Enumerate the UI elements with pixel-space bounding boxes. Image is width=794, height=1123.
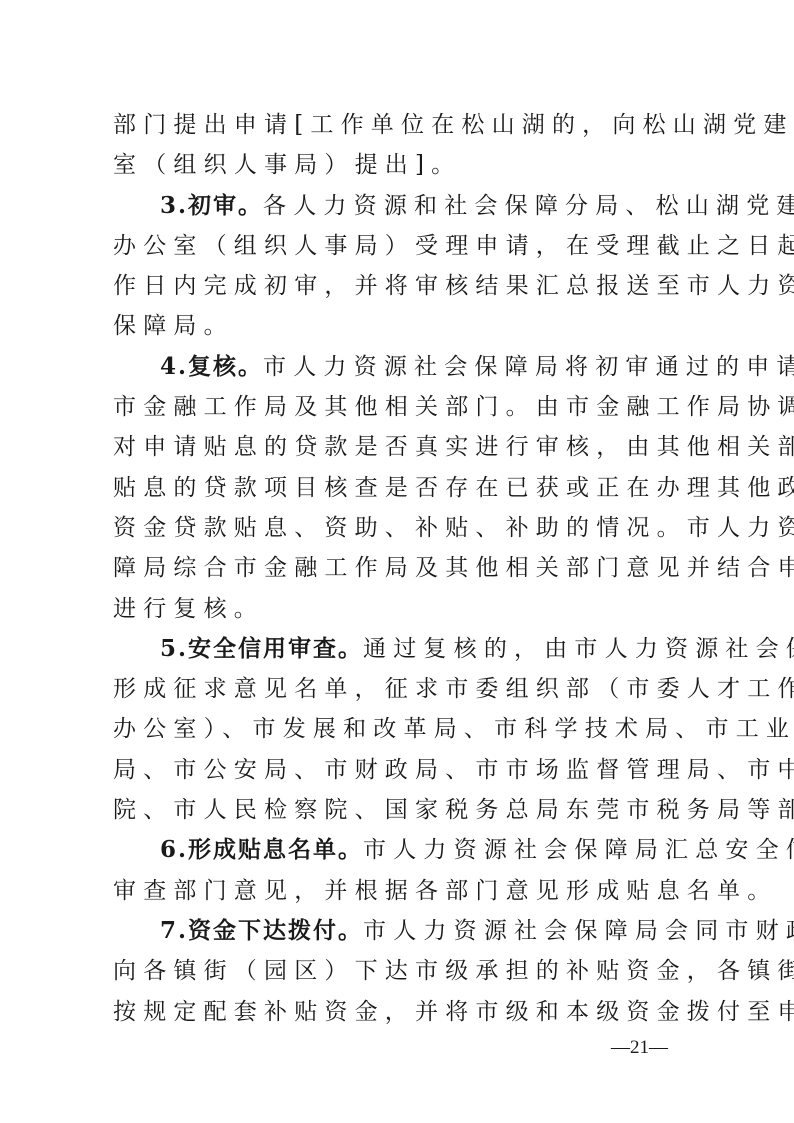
paragraph-security-credit-review: 5.安全信用审查。通过复核的，由市人力资源社会保障局 形成征求意见名单，征求市委… — [113, 629, 695, 830]
text-line: 贴息的贷款项目核查是否存在已获或正在办理其他政府财政 — [113, 468, 695, 508]
text-line: 对申请贴息的贷款是否真实进行审核，由其他相关部门对申请 — [113, 427, 695, 467]
text-span: 各人力资源和社会保障分局、松山湖党建工作 — [263, 193, 794, 219]
text-line: 资金贷款贴息、资助、补贴、补助的情况。市人力资源社会保 — [113, 508, 695, 548]
text-line: 5.安全信用审查。通过复核的，由市人力资源社会保障局 — [113, 629, 695, 669]
section-heading: 5.安全信用审查。 — [160, 635, 363, 662]
section-heading: 3.初审。 — [160, 192, 263, 219]
section-heading: 6.形成贴息名单。 — [160, 836, 363, 863]
text-line: 室（组织人事局）提出]。 — [113, 145, 695, 185]
text-span: 通过复核的，由市人力资源社会保障局 — [363, 636, 794, 662]
paragraph-initial-review: 3.初审。各人力资源和社会保障分局、松山湖党建工作 办公室（组织人事局）受理申请… — [113, 186, 695, 347]
text-line: 审查部门意见，并根据各部门意见形成贴息名单。 — [113, 871, 695, 911]
text-line: 办公室（组织人事局）受理申请，在受理截止之日起 7 个工 — [113, 226, 695, 266]
text-span: 市人力资源社会保障局会同市财政局 — [363, 918, 794, 944]
text-line: 办公室）、市发展和改革局、市科学技术局、市工业和信息化 — [113, 709, 695, 749]
text-line: 障局综合市金融工作局及其他相关部门意见并结合申请材料 — [113, 548, 695, 588]
text-line: 院、市人民检察院、国家税务总局东莞市税务局等部门意见。 — [113, 790, 695, 830]
paragraph-continuation: 部门提出申请[工作单位在松山湖的，向松山湖党建工作办公 室（组织人事局）提出]。 — [113, 105, 695, 186]
text-line: 进行复核。 — [113, 589, 695, 629]
section-heading: 7.资金下达拨付。 — [160, 917, 363, 944]
text-span: 市人力资源社会保障局将初审通过的申请材料报 — [263, 354, 794, 380]
text-line: 按规定配套补贴资金，并将市级和本级资金拨付至申请单位 — [113, 992, 695, 1032]
text-span: 市人力资源社会保障局汇总安全信用 — [363, 837, 794, 863]
paragraph-fund-disbursement: 7.资金下达拨付。市人力资源社会保障局会同市财政局 向各镇街（园区）下达市级承担… — [113, 911, 695, 1032]
text-line: 部门提出申请[工作单位在松山湖的，向松山湖党建工作办公 — [113, 105, 695, 145]
text-line: 6.形成贴息名单。市人力资源社会保障局汇总安全信用 — [113, 830, 695, 870]
page-number: —21— — [611, 1037, 668, 1059]
text-line: 3.初审。各人力资源和社会保障分局、松山湖党建工作 — [113, 186, 695, 226]
text-line: 向各镇街（园区）下达市级承担的补贴资金，各镇街（园区） — [113, 951, 695, 991]
text-line: 形成征求意见名单，征求市委组织部（市委人才工作领导小组 — [113, 669, 695, 709]
text-line: 4.复核。市人力资源社会保障局将初审通过的申请材料报 — [113, 347, 695, 387]
text-line: 保障局。 — [113, 306, 695, 346]
document-page: 部门提出申请[工作单位在松山湖的，向松山湖党建工作办公 室（组织人事局）提出]。… — [113, 105, 695, 1032]
paragraph-subsidy-list: 6.形成贴息名单。市人力资源社会保障局汇总安全信用 审查部门意见，并根据各部门意… — [113, 830, 695, 911]
text-line: 7.资金下达拨付。市人力资源社会保障局会同市财政局 — [113, 911, 695, 951]
section-heading: 4.复核。 — [160, 353, 263, 380]
text-line: 局、市公安局、市财政局、市市场监督管理局、市中级人民法 — [113, 750, 695, 790]
text-line: 市金融工作局及其他相关部门。由市金融工作局协调贷款银行 — [113, 387, 695, 427]
paragraph-re-review: 4.复核。市人力资源社会保障局将初审通过的申请材料报 市金融工作局及其他相关部门… — [113, 347, 695, 629]
text-line: 作日内完成初审，并将审核结果汇总报送至市人力资源社会 — [113, 266, 695, 306]
